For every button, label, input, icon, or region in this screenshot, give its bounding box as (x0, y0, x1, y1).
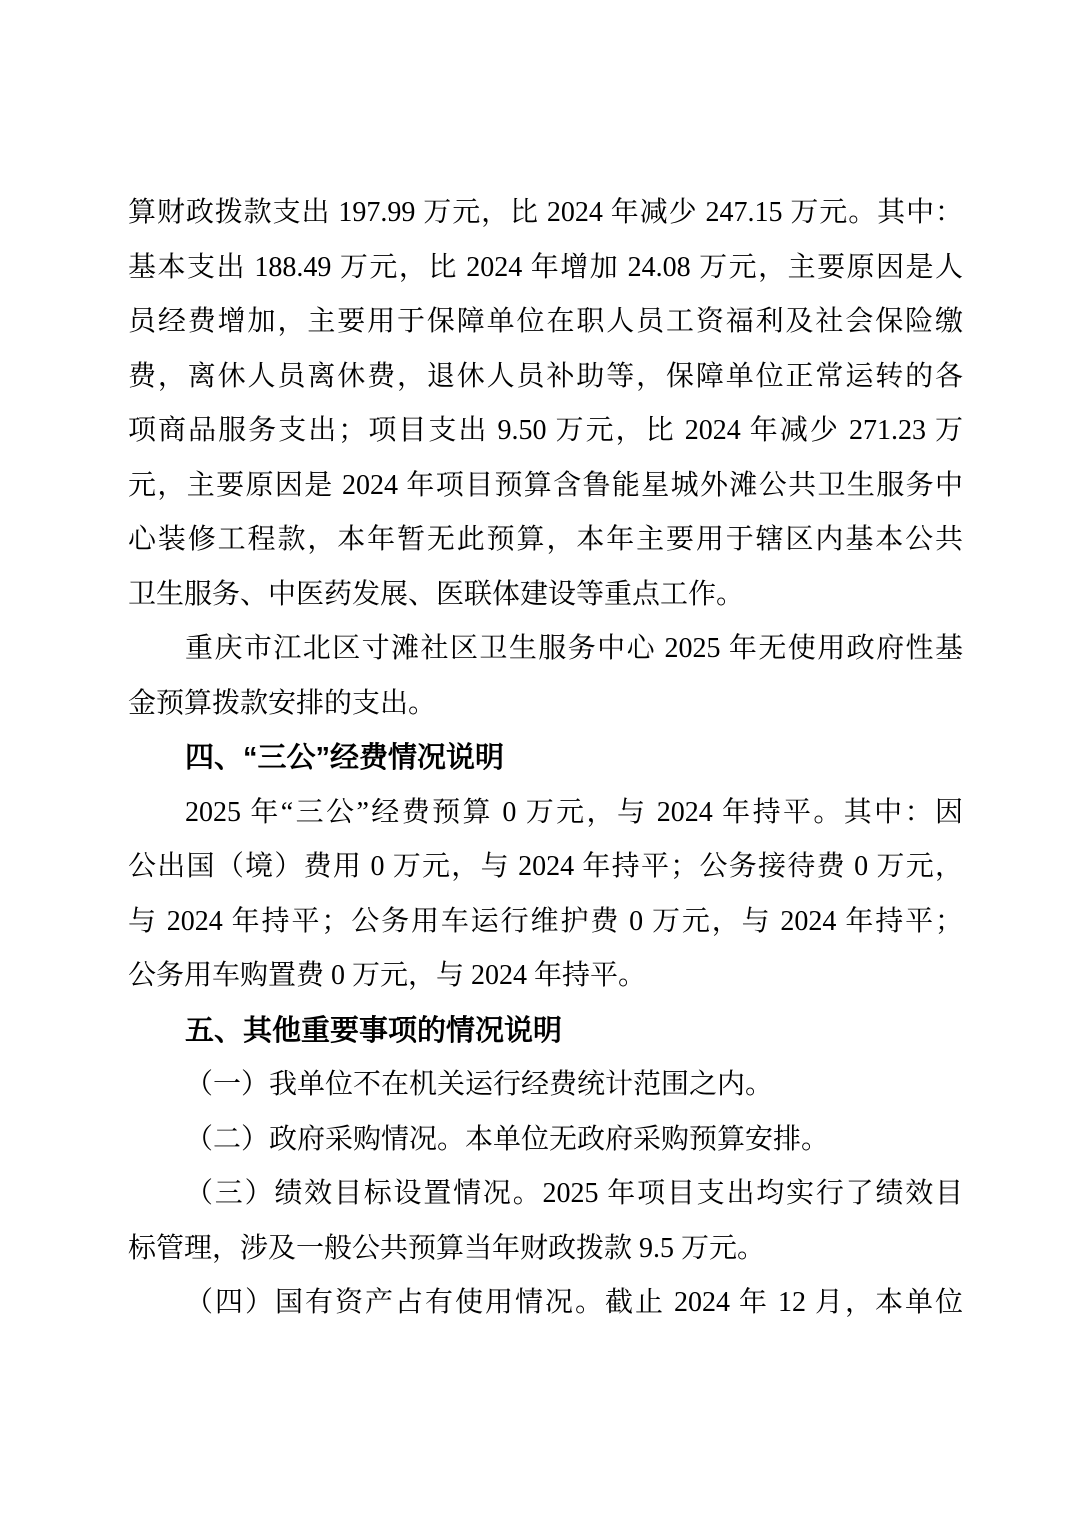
body-text-line: （四）国有资产占有使用情况。截止 2024 年 12 月，本单位 (128, 1276, 963, 1331)
document-body: 算财政拨款支出 197.99 万元，比 2024 年减少 247.15 万元。其… (128, 186, 963, 1331)
body-text-line: （二）政府采购情况。本单位无政府采购预算安排。 (128, 1113, 963, 1168)
body-text-line: （一）我单位不在机关运行经费统计范围之内。 (128, 1058, 963, 1113)
body-text-line: 元，主要原因是 2024 年项目预算含鲁能星城外滩公共卫生服务中 (128, 459, 963, 514)
body-text-line: 公务用车购置费 0 万元，与 2024 年持平。 (128, 949, 963, 1004)
document-page: 算财政拨款支出 197.99 万元，比 2024 年减少 247.15 万元。其… (0, 0, 1074, 1520)
body-text-line: 项商品服务支出；项目支出 9.50 万元，比 2024 年减少 271.23 万 (128, 404, 963, 459)
body-text-line: 重庆市江北区寸滩社区卫生服务中心 2025 年无使用政府性基 (128, 622, 963, 677)
body-text-line: （三）绩效目标设置情况。2025 年项目支出均实行了绩效目 (128, 1167, 963, 1222)
section-5-heading: 五、其他重要事项的情况说明 (128, 1004, 963, 1059)
body-text-line: 与 2024 年持平；公务用车运行维护费 0 万元，与 2024 年持平； (128, 895, 963, 950)
body-text-line: 费，离休人员离休费，退休人员补助等，保障单位正常运转的各 (128, 350, 963, 405)
section-4-heading: 四、“三公”经费情况说明 (128, 731, 963, 786)
body-text-line: 公出国（境）费用 0 万元，与 2024 年持平；公务接待费 0 万元， (128, 840, 963, 895)
body-text-line: 卫生服务、中医药发展、医联体建设等重点工作。 (128, 568, 963, 623)
body-text-line: 算财政拨款支出 197.99 万元，比 2024 年减少 247.15 万元。其… (128, 186, 963, 241)
body-text-line: 员经费增加，主要用于保障单位在职人员工资福利及社会保险缴 (128, 295, 963, 350)
body-text-line: 金预算拨款安排的支出。 (128, 677, 963, 732)
body-text-line: 心装修工程款，本年暂无此预算，本年主要用于辖区内基本公共 (128, 513, 963, 568)
body-text-line: 基本支出 188.49 万元，比 2024 年增加 24.08 万元，主要原因是… (128, 241, 963, 296)
body-text-line: 2025 年“三公”经费预算 0 万元，与 2024 年持平。其中：因 (128, 786, 963, 841)
body-text-line: 标管理，涉及一般公共预算当年财政拨款 9.5 万元。 (128, 1222, 963, 1277)
